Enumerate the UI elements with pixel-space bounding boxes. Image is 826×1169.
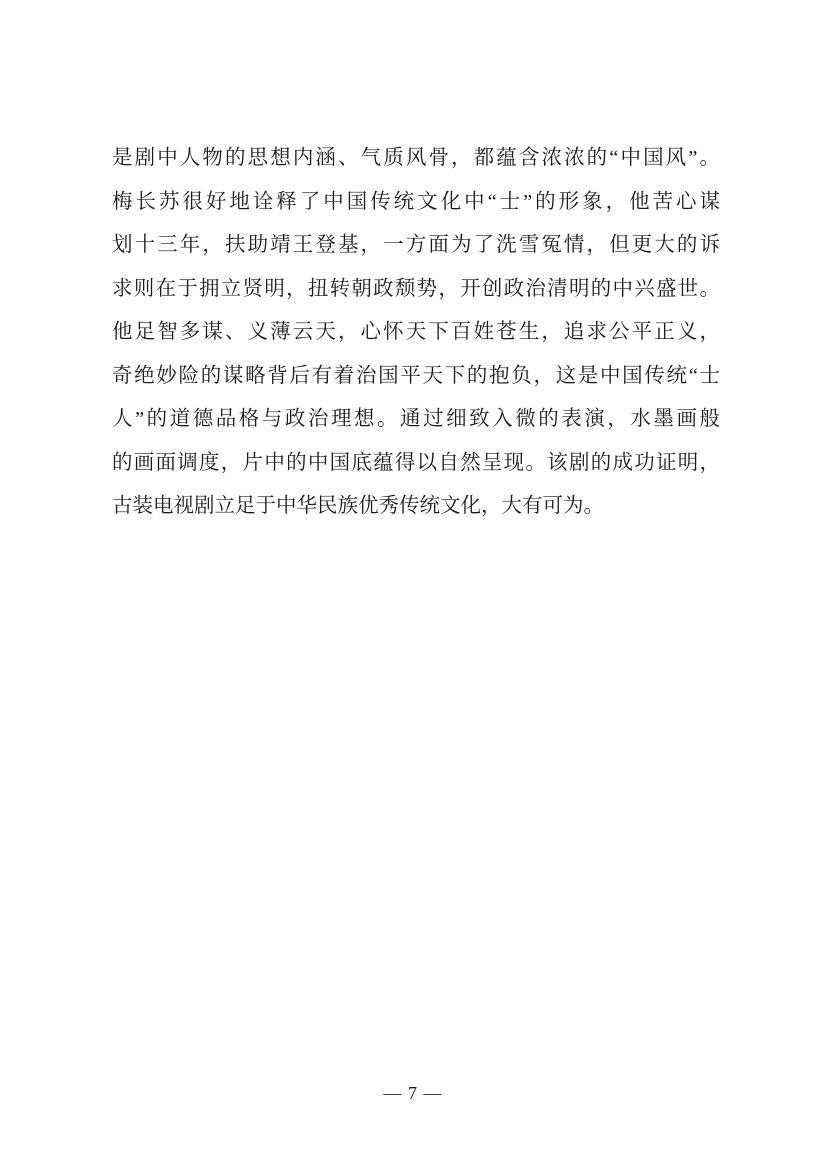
page-number: — 7 — bbox=[384, 1083, 443, 1103]
text-line: 奇绝妙险的谋略背后有着治国平天下的抱负，这是中国传统“士 bbox=[112, 355, 720, 399]
body-paragraph: 是剧中人物的思想内涵、气质风骨，都蕴含浓浓的“中国风”。 梅长苏很好地诠释了中国… bbox=[112, 137, 720, 529]
text-line: 划十三年，扶助靖王登基，一方面为了洗雪冤情，但更大的诉 bbox=[112, 224, 720, 268]
text-line: 人”的道德品格与政治理想。通过细致入微的表演，水墨画般 bbox=[112, 398, 720, 442]
text-line: 求则在于拥立贤明，扭转朝政颓势，开创政治清明的中兴盛世。 bbox=[112, 268, 720, 312]
page-footer: — 7 — bbox=[0, 1081, 826, 1105]
text-line: 的画面调度，片中的中国底蕴得以自然呈现。该剧的成功证明， bbox=[112, 442, 720, 486]
text-line: 梅长苏很好地诠释了中国传统文化中“士”的形象，他苦心谋 bbox=[112, 181, 720, 225]
text-line: 他足智多谋、义薄云天，心怀天下百姓苍生，追求公平正义， bbox=[112, 311, 720, 355]
text-line: 古装电视剧立足于中华民族优秀传统文化，大有可为。 bbox=[112, 485, 720, 529]
document-page: 是剧中人物的思想内涵、气质风骨，都蕴含浓浓的“中国风”。 梅长苏很好地诠释了中国… bbox=[0, 0, 826, 1169]
text-line: 是剧中人物的思想内涵、气质风骨，都蕴含浓浓的“中国风”。 bbox=[112, 137, 720, 181]
